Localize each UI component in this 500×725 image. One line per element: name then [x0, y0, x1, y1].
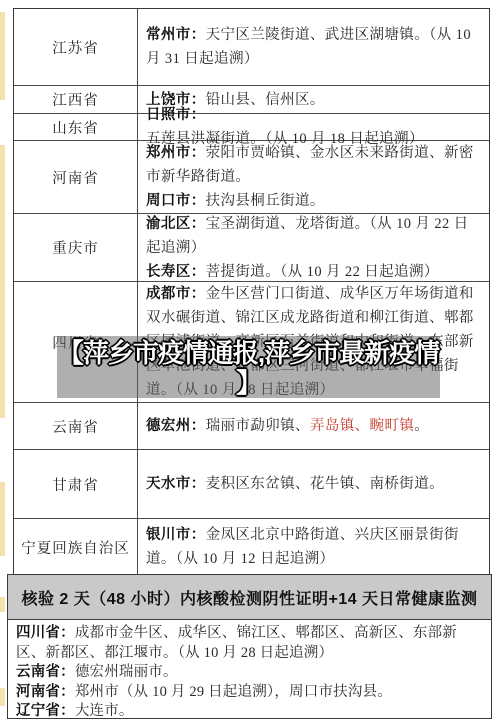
left-edge-artifact — [0, 597, 5, 612]
entry-label: 日照市： — [146, 107, 206, 123]
entry-label: 成都市： — [146, 286, 206, 302]
footer-line-text: 郑州市（从 10 月 29 日起追溯），周口市扶沟县。 — [75, 684, 392, 700]
province-cell: 山东省 — [14, 114, 138, 140]
entry-label: 周口市： — [146, 193, 206, 209]
entry-label: 长寿区： — [146, 264, 206, 280]
document-page: 江苏省常州市：天宁区兰陵街道、武进区湖塘镇。（从 10 月 31 日起追溯）江西… — [0, 0, 500, 725]
footer-line: 云南省：德宏州瑞丽市。 — [16, 663, 483, 683]
table-row: 宁夏回族自治区银川市：金凤区北京中路街道、兴庆区丽景街街道。（从 10 月 12… — [14, 518, 489, 575]
province-cell: 河南省 — [14, 141, 138, 213]
policy-table: 江苏省常州市：天宁区兰陵街道、武进区湖塘镇。（从 10 月 31 日起追溯）江西… — [13, 8, 490, 576]
footer-province-label: 辽宁省： — [16, 703, 75, 719]
notice-bar: 核验 2 天（48 小时）内核酸检测阴性证明+14 天日常健康监测 — [8, 575, 491, 620]
city-cell: 日照市：五莲县洪凝街道。（从 10 月 18 日起追溯） — [138, 114, 489, 140]
footer-section: 四川省：成都市金牛区、成华区、锦江区、郫都区、高新区、东部新区、新都区、都江堰市… — [8, 620, 491, 724]
city-cell: 常州市：天宁区兰陵街道、武进区湖塘镇。（从 10 月 31 日起追溯） — [138, 9, 489, 85]
province-cell: 云南省 — [14, 403, 138, 449]
entry: 郑州市：荥阳市贾峪镇、金水区未来路街道、新密市新华路街道。 — [146, 141, 483, 189]
footer-province-label: 云南省： — [16, 664, 75, 680]
entry-text: 扶沟县桐丘街道。 — [206, 193, 325, 209]
entry: 渝北区：宝圣湖街道、龙塔街道。（从 10 月 22 日起追溯） — [146, 212, 483, 260]
entry-text: 麦积区东岔镇、花牛镇、南桥街道。 — [206, 476, 444, 492]
city-cell: 天水市：麦积区东岔镇、花牛镇、南桥街道。 — [138, 450, 489, 518]
footer-line-text: 成都市金牛区、成华区、锦江区、郫都区、高新区、东部新区、新都区、都江堰市。（从 … — [16, 625, 457, 661]
table-row: 甘肃省天水市：麦积区东岔镇、花牛镇、南桥街道。 — [14, 449, 489, 518]
left-edge-artifact — [0, 688, 5, 706]
city-cell: 银川市：金凤区北京中路街道、兴庆区丽景街街道。（从 10 月 12 日起追溯） — [138, 519, 489, 575]
entry-text: 菩提街道。（从 10 月 22 日起追溯） — [206, 264, 439, 280]
entry-text-tail: 。 — [414, 418, 429, 434]
left-edge-artifact — [0, 12, 5, 100]
footer-province-label: 四川省： — [16, 625, 75, 641]
entry-label: 银川市： — [146, 527, 206, 543]
province-cell: 重庆市 — [14, 214, 138, 281]
table-row: 江苏省常州市：天宁区兰陵街道、武进区湖塘镇。（从 10 月 31 日起追溯） — [14, 9, 489, 85]
entry-red-text: 弄岛镇、畹町镇 — [310, 418, 414, 434]
city-cell: 德宏州：瑞丽市勐卯镇、弄岛镇、畹町镇。 — [138, 403, 489, 449]
entry: 长寿区：菩提街道。（从 10 月 22 日起追溯） — [146, 260, 483, 284]
table-row: 重庆市渝北区：宝圣湖街道、龙塔街道。（从 10 月 22 日起追溯）长寿区：菩提… — [14, 213, 489, 281]
footer-province-label: 河南省： — [16, 684, 75, 700]
province-cell: 江苏省 — [14, 9, 138, 85]
watermark-text-line1: 【萍乡市疫情通报,萍乡市最新疫情 — [57, 338, 440, 368]
lower-section: 核验 2 天（48 小时）内核酸检测阴性证明+14 天日常健康监测 四川省：成都… — [7, 574, 492, 719]
entry-label: 郑州市： — [146, 145, 206, 161]
entry: 德宏州：瑞丽市勐卯镇、弄岛镇、畹町镇。 — [146, 414, 483, 438]
entry-text: 瑞丽市勐卯镇、 — [206, 418, 310, 434]
notice-text: 核验 2 天（48 小时）内核酸检测阴性证明+14 天日常健康监测 — [21, 586, 477, 609]
watermark-text-line2: 】 — [57, 368, 440, 398]
entry-label: 天水市： — [146, 476, 206, 492]
table-row: 山东省日照市：五莲县洪凝街道。（从 10 月 18 日起追溯） — [14, 113, 489, 140]
footer-line: 河南省：郑州市（从 10 月 29 日起追溯），周口市扶沟县。 — [16, 683, 483, 703]
province-cell: 江西省 — [14, 86, 138, 113]
watermark-overlay: 【萍乡市疫情通报,萍乡市最新疫情 】 — [57, 336, 440, 398]
left-edge-artifact — [0, 482, 5, 556]
table-row: 云南省德宏州：瑞丽市勐卯镇、弄岛镇、畹町镇。 — [14, 402, 489, 449]
entry: 银川市：金凤区北京中路街道、兴庆区丽景街街道。（从 10 月 12 日起追溯） — [146, 523, 483, 571]
province-cell: 宁夏回族自治区 — [14, 519, 138, 575]
entry: 常州市：天宁区兰陵街道、武进区湖塘镇。（从 10 月 31 日起追溯） — [146, 23, 483, 71]
footer-line-text: 德宏州瑞丽市。 — [75, 664, 178, 680]
table-row: 河南省郑州市：荥阳市贾峪镇、金水区未来路街道、新密市新华路街道。周口市：扶沟县桐… — [14, 140, 489, 213]
entry: 周口市：扶沟县桐丘街道。 — [146, 189, 483, 213]
entry-label: 常州市： — [146, 27, 206, 43]
footer-line: 辽宁省：大连市。 — [16, 702, 483, 722]
footer-line: 四川省：成都市金牛区、成华区、锦江区、郫都区、高新区、东部新区、新都区、都江堰市… — [16, 624, 483, 663]
policy-table-rows: 江苏省常州市：天宁区兰陵街道、武进区湖塘镇。（从 10 月 31 日起追溯）江西… — [14, 9, 489, 575]
entry-label: 德宏州： — [146, 418, 206, 434]
footer-line-text: 大连市。 — [75, 703, 134, 719]
city-cell: 郑州市：荥阳市贾峪镇、金水区未来路街道、新密市新华路街道。周口市：扶沟县桐丘街道… — [138, 141, 489, 213]
left-edge-artifact — [0, 145, 5, 418]
province-cell: 甘肃省 — [14, 450, 138, 518]
entry: 天水市：麦积区东岔镇、花牛镇、南桥街道。 — [146, 472, 483, 496]
city-cell: 渝北区：宝圣湖街道、龙塔街道。（从 10 月 22 日起追溯）长寿区：菩提街道。… — [138, 214, 489, 281]
entry-label: 渝北区： — [146, 216, 206, 232]
